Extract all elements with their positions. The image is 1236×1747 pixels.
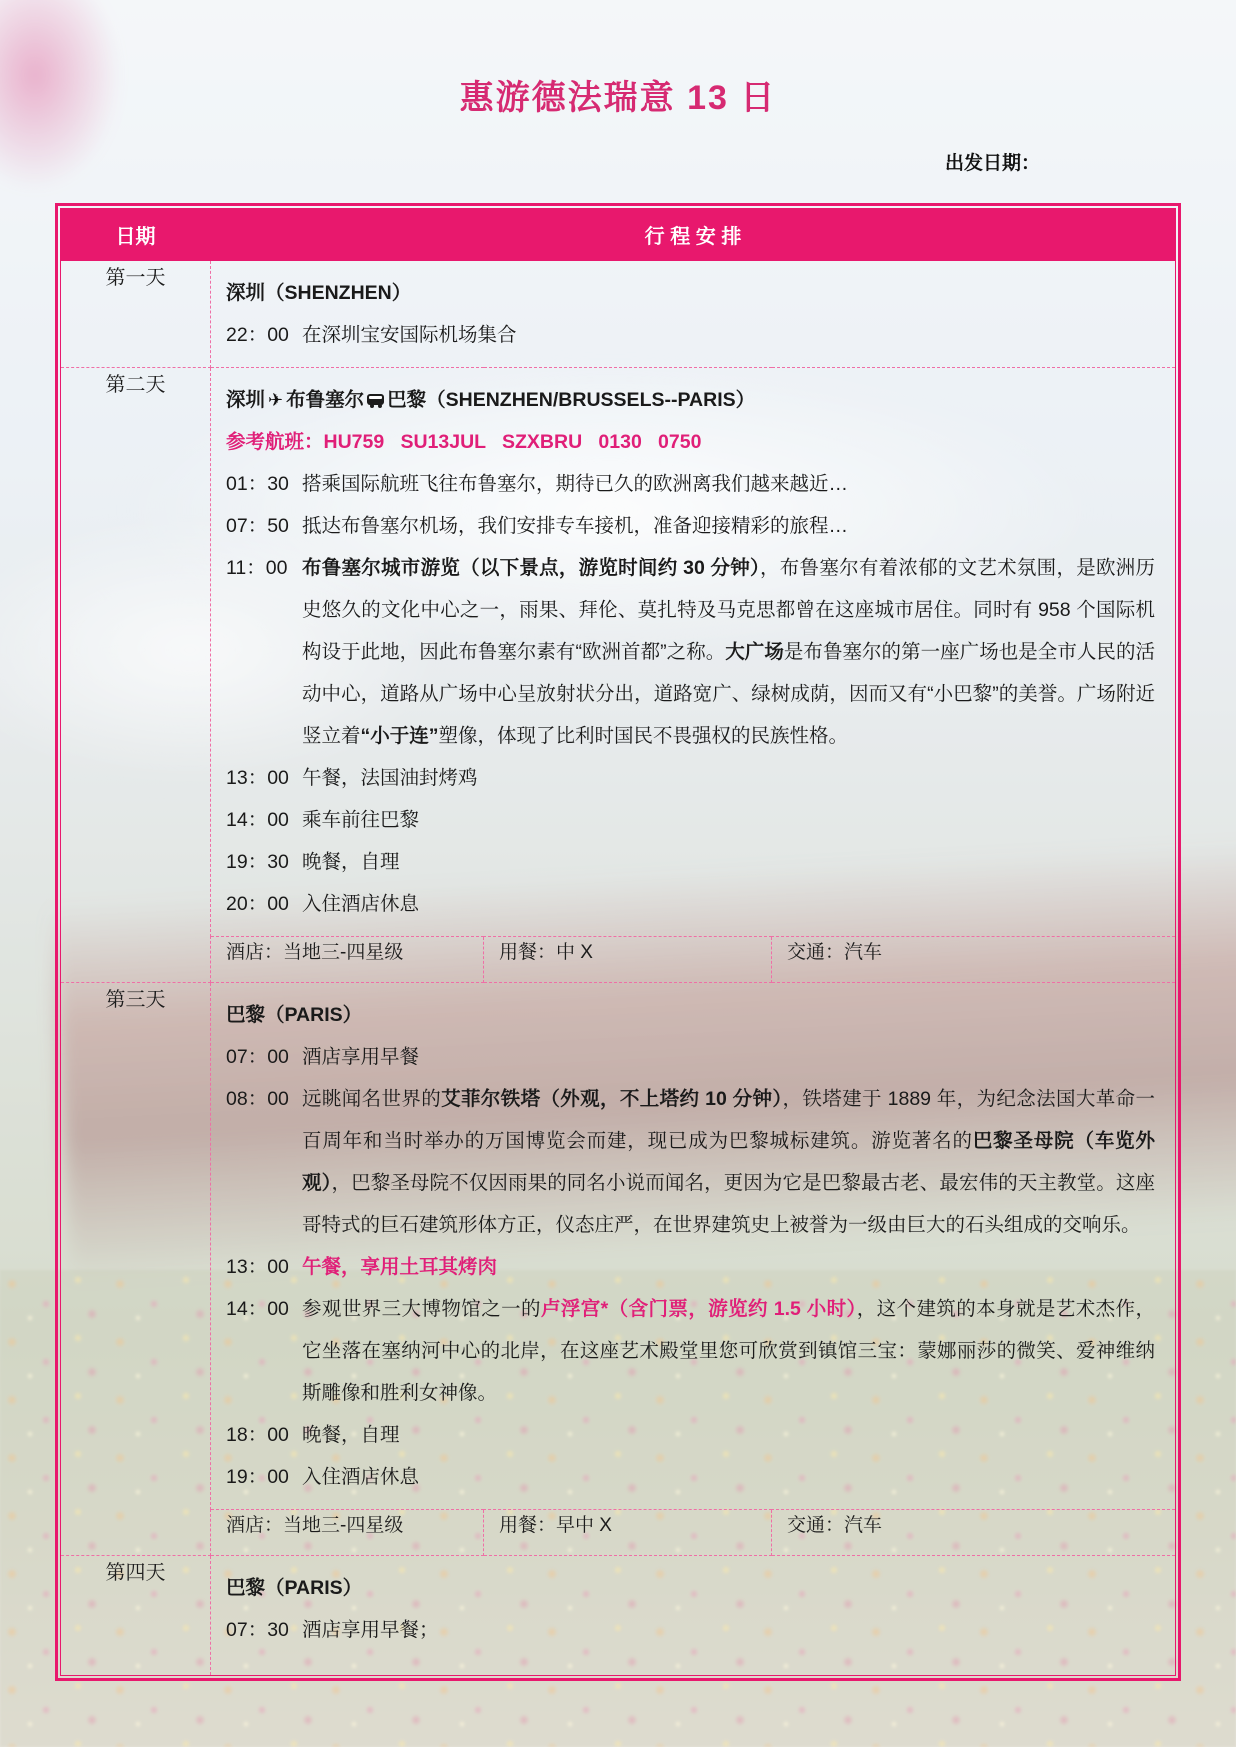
day-content: 深圳布鲁塞尔巴黎（SHENZHEN/BRUSSELS--PARIS）参考航班：H… [211,368,1176,937]
itinerary-entry: 07：30酒店享用早餐； [226,1609,1155,1651]
entry-segment: 抵达布鲁塞尔机场，我们安排专车接机，准备迎接精彩的旅程… [302,515,848,537]
entry-segment: HU759 SU13JUL SZXBRU 0130 0750 [324,431,702,453]
hotel-cell: 酒店：当地三-四星级 [211,1510,484,1556]
itinerary-entry: 22：00在深圳宝安国际机场集合 [226,314,1155,356]
itinerary-entry: 巴黎（PARIS） [226,1567,1155,1609]
entry-text: 酒店享用早餐； [302,1609,1155,1651]
entry-segment: 艾菲尔铁塔（外观，不上塔约 10 分钟） [441,1088,782,1110]
itinerary-entry: 11：00布鲁塞尔城市游览（以下景点，游览时间约 30 分钟），布鲁塞尔有着浓郁… [226,547,1155,757]
itinerary-entry: 巴黎（PARIS） [226,994,1155,1036]
day-content: 巴黎（PARIS）07：30酒店享用早餐； [211,1556,1176,1676]
hotel-cell: 酒店：当地三-四星级 [211,937,484,983]
entry-segment: 乘车前往巴黎 [302,809,419,831]
entry-segment: 布鲁塞尔 [286,389,364,411]
entry-text: 深圳布鲁塞尔巴黎（SHENZHEN/BRUSSELS--PARIS） [226,379,1155,421]
entry-text: 在深圳宝安国际机场集合 [302,314,1155,356]
entry-text: 参观世界三大博物馆之一的卢浮宫*（含门票，游览约 1.5 小时），这个建筑的本身… [302,1288,1155,1414]
entry-segment: 深圳 [226,389,265,411]
page-title: 惠游德法瑞意 13 日 [0,70,1236,119]
itinerary-entry: 19：00入住酒店休息 [226,1456,1155,1498]
day-row: 第二天深圳布鲁塞尔巴黎（SHENZHEN/BRUSSELS--PARIS）参考航… [61,368,1176,937]
header-date-column: 日期 [61,209,211,261]
entry-segment: 大广场 [725,641,784,663]
entry-text: 巴黎（PARIS） [226,1567,1155,1609]
bus-icon [367,394,384,405]
entry-segment: 卢浮宫*（含门票，游览约 1.5 小时） [541,1298,857,1320]
entry-segment: 深圳（SHENZHEN） [226,282,411,304]
itinerary-entry: 18：00晚餐，自理 [226,1414,1155,1456]
entry-time: 07：30 [226,1609,302,1651]
entry-text: 巴黎（PARIS） [226,994,1155,1036]
entry-segment: 巴黎（PARIS） [226,1004,362,1026]
entry-time: 20：00 [226,883,302,925]
entry-time: 13：00 [226,1246,302,1288]
meals-cell: 用餐：中 X [484,937,772,983]
day-row: 第三天巴黎（PARIS）07：00酒店享用早餐08：00远眺闻名世界的艾菲尔铁塔… [61,983,1176,1510]
entry-segment: ，巴黎圣母院不仅因雨果的同名小说而闻名，更因为它是巴黎最古老、最宏伟的天主教堂。… [302,1172,1155,1236]
entry-time: 19：30 [226,841,302,883]
entry-segment: 远眺闻名世界的 [302,1088,441,1110]
entry-time: 18：00 [226,1414,302,1456]
entry-segment: “小于连” [361,725,439,747]
itinerary-table: 日期 行 程 安 排 第一天深圳（SHENZHEN）22：00在深圳宝安国际机场… [60,208,1176,1676]
entry-text: 入住酒店休息 [302,883,1155,925]
entry-segment: 参观世界三大博物馆之一的 [302,1298,541,1320]
day-row: 第四天巴黎（PARIS）07：30酒店享用早餐； [61,1556,1176,1676]
day-row: 第一天深圳（SHENZHEN）22：00在深圳宝安国际机场集合 [61,261,1176,368]
entry-time: 08：00 [226,1078,302,1120]
day-label: 第三天 [61,983,211,1556]
itinerary-entry: 20：00入住酒店休息 [226,883,1155,925]
transport-cell: 交通：汽车 [772,937,1176,983]
entry-segment: 午餐，法国油封烤鸡 [302,767,478,789]
entry-segment: 巴黎（PARIS） [226,1577,362,1599]
entry-time: 07：00 [226,1036,302,1078]
itinerary-entry: 13：00午餐，享用土耳其烤肉 [226,1246,1155,1288]
entry-segment: 参考航班： [226,431,324,453]
entry-time: 01：30 [226,463,302,505]
entry-segment: 布鲁塞尔城市游览（以下景点，游览时间约 30 分钟） [302,557,760,579]
entry-text: 抵达布鲁塞尔机场，我们安排专车接机，准备迎接精彩的旅程… [302,505,1155,547]
itinerary-table-frame: 日期 行 程 安 排 第一天深圳（SHENZHEN）22：00在深圳宝安国际机场… [55,203,1181,1681]
entry-text: 午餐，法国油封烤鸡 [302,757,1155,799]
entry-text: 酒店享用早餐 [302,1036,1155,1078]
day-label: 第四天 [61,1556,211,1676]
itinerary-entry: 14：00参观世界三大博物馆之一的卢浮宫*（含门票，游览约 1.5 小时），这个… [226,1288,1155,1414]
itinerary-entry: 14：00乘车前往巴黎 [226,799,1155,841]
entry-time: 07：50 [226,505,302,547]
entry-text: 远眺闻名世界的艾菲尔铁塔（外观，不上塔约 10 分钟），铁塔建于 1889 年，… [302,1078,1155,1246]
entry-segment: 酒店享用早餐 [302,1046,419,1068]
header-itinerary-column: 行 程 安 排 [211,209,1176,261]
day-label: 第一天 [61,261,211,368]
itinerary-entry: 参考航班：HU759 SU13JUL SZXBRU 0130 0750 [226,421,1155,463]
entry-time: 19：00 [226,1456,302,1498]
entry-segment: 塑像，体现了比利时国民不畏强权的民族性格。 [439,725,849,747]
entry-text: 入住酒店休息 [302,1456,1155,1498]
entry-text: 搭乘国际航班飞往布鲁塞尔，期待已久的欧洲离我们越来越近… [302,463,1155,505]
table-header-row: 日期 行 程 安 排 [61,209,1176,261]
entry-text: 晚餐，自理 [302,841,1155,883]
transport-cell: 交通：汽车 [772,1510,1176,1556]
entry-segment: 巴黎（SHENZHEN/BRUSSELS--PARIS） [387,389,755,411]
entry-segment: 酒店享用早餐； [302,1619,439,1641]
itinerary-entry: 07：00酒店享用早餐 [226,1036,1155,1078]
entry-segment: 入住酒店休息 [302,1466,419,1488]
itinerary-entry: 19：30晚餐，自理 [226,841,1155,883]
entry-text: 深圳（SHENZHEN） [226,272,1155,314]
day-label: 第二天 [61,368,211,983]
itinerary-entry: 深圳布鲁塞尔巴黎（SHENZHEN/BRUSSELS--PARIS） [226,379,1155,421]
entry-segment: 搭乘国际航班飞往布鲁塞尔，期待已久的欧洲离我们越来越近… [302,473,848,495]
day-content: 深圳（SHENZHEN）22：00在深圳宝安国际机场集合 [211,261,1176,368]
entry-text: 午餐，享用土耳其烤肉 [302,1246,1155,1288]
itinerary-entry: 13：00午餐，法国油封烤鸡 [226,757,1155,799]
meals-cell: 用餐：早中 X [484,1510,772,1556]
entry-time: 22：00 [226,314,302,356]
day-content: 巴黎（PARIS）07：00酒店享用早餐08：00远眺闻名世界的艾菲尔铁塔（外观… [211,983,1176,1510]
entry-time: 11：00 [226,547,302,589]
itinerary-entry: 深圳（SHENZHEN） [226,272,1155,314]
entry-segment: 在深圳宝安国际机场集合 [302,324,517,346]
departure-date-label: 出发日期： [945,148,1040,175]
entry-segment: 入住酒店休息 [302,893,419,915]
itinerary-entry: 01：30搭乘国际航班飞往布鲁塞尔，期待已久的欧洲离我们越来越近… [226,463,1155,505]
entry-text: 布鲁塞尔城市游览（以下景点，游览时间约 30 分钟），布鲁塞尔有着浓郁的文艺术氛… [302,547,1155,757]
airplane-icon [268,379,283,421]
day-info-row: 酒店：当地三-四星级用餐：早中 X交通：汽车 [61,1510,1176,1556]
entry-time: 14：00 [226,799,302,841]
itinerary-body: 日期 行 程 安 排 第一天深圳（SHENZHEN）22：00在深圳宝安国际机场… [61,209,1176,1676]
entry-text: 乘车前往巴黎 [302,799,1155,841]
entry-text: 晚餐，自理 [302,1414,1155,1456]
entry-time: 14：00 [226,1288,302,1330]
day-info-row: 酒店：当地三-四星级用餐：中 X交通：汽车 [61,937,1176,983]
entry-segment: 晚餐，自理 [302,851,400,873]
entry-time: 13：00 [226,757,302,799]
itinerary-page: 惠游德法瑞意 13 日 出发日期： 日期 行 程 安 排 第一天深圳（SHENZ… [0,0,1236,1747]
entry-segment: 午餐，享用土耳其烤肉 [302,1256,497,1278]
itinerary-entry: 08：00远眺闻名世界的艾菲尔铁塔（外观，不上塔约 10 分钟），铁塔建于 18… [226,1078,1155,1246]
itinerary-entry: 07：50抵达布鲁塞尔机场，我们安排专车接机，准备迎接精彩的旅程… [226,505,1155,547]
entry-text: 参考航班：HU759 SU13JUL SZXBRU 0130 0750 [226,421,1155,463]
entry-segment: 晚餐，自理 [302,1424,400,1446]
